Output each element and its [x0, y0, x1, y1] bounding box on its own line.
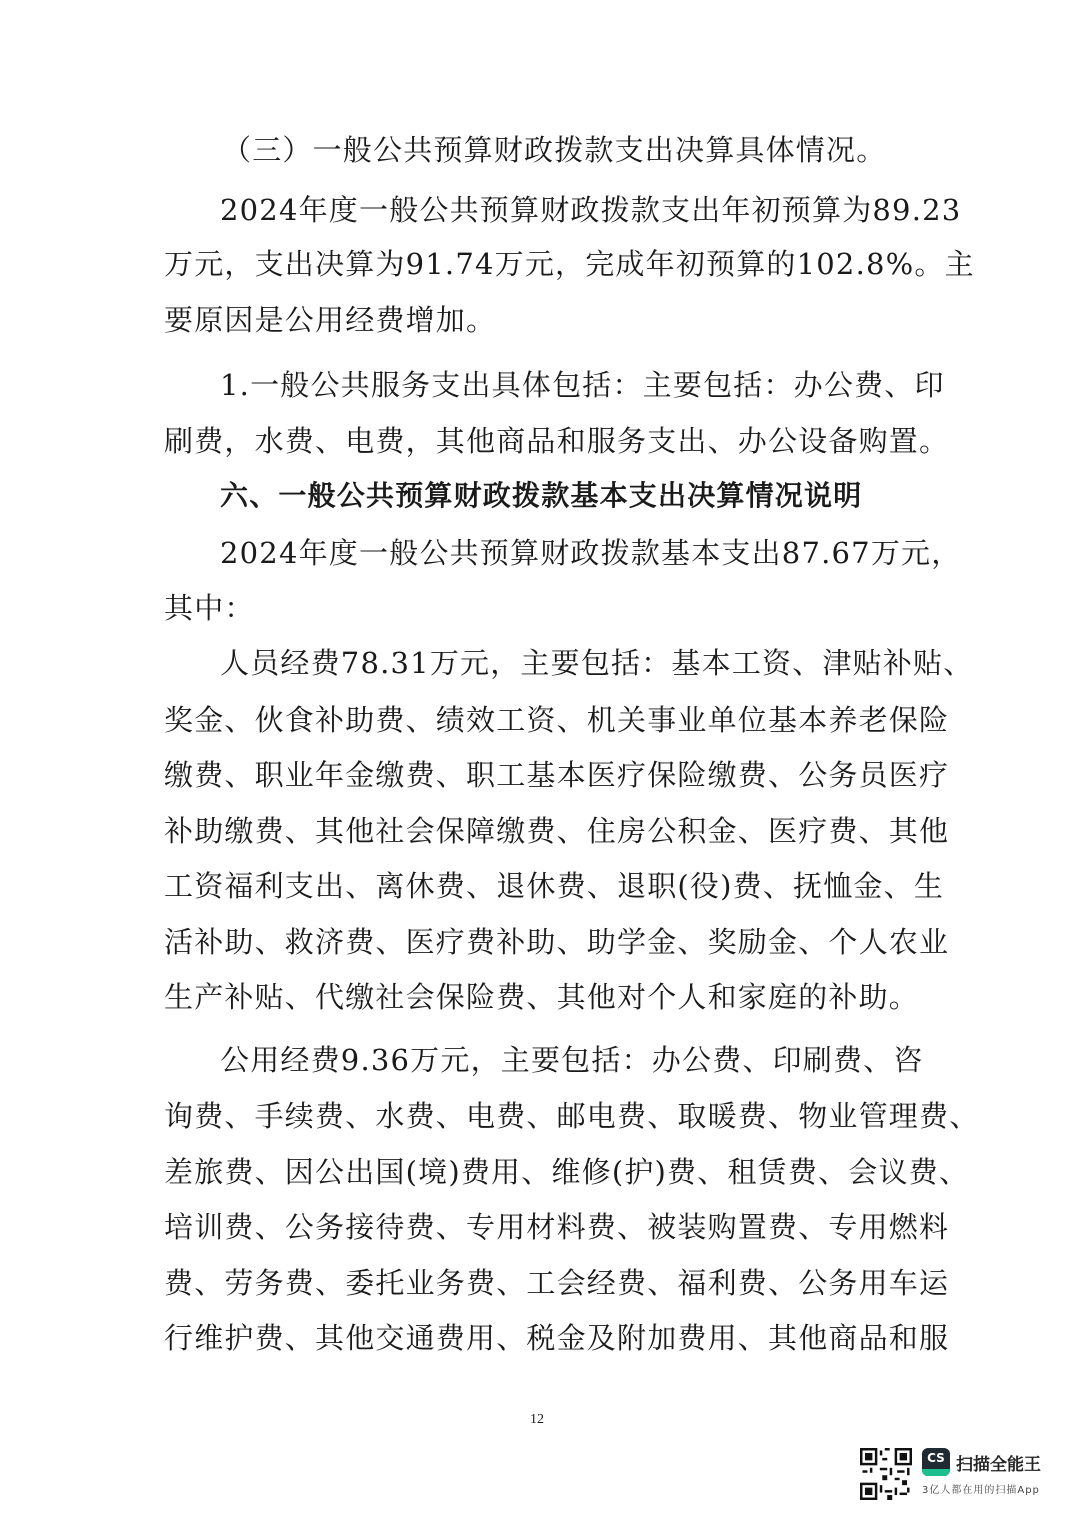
text-line: 生产补贴、代缴社会保险费、其他对个人和家庭的补助。 — [164, 977, 912, 1017]
text-line: 其中： — [164, 588, 912, 628]
text-line: 万元，支出决算为91.74万元，完成年初预算的102.8%。主 — [164, 244, 912, 284]
text-line: 奖金、伙食补助费、绩效工资、机关事业单位基本养老保险 — [164, 700, 912, 740]
camscanner-logo-icon: CS — [922, 1448, 950, 1476]
brand-tagline: 3亿人都在用的扫描App — [922, 1481, 1040, 1496]
text-line: 1.一般公共服务支出具体包括：主要包括：办公费、印 — [220, 365, 912, 405]
text-line: 刷费，水费、电费，其他商品和服务支出、办公设备购置。 — [164, 421, 912, 461]
text-line: 行维护费、其他交通费用、税金及附加费用、其他商品和服 — [164, 1318, 912, 1358]
brand-name: 扫描全能王 — [956, 1450, 1041, 1475]
text-line: 补助缴费、其他社会保障缴费、住房公积金、医疗费、其他 — [164, 811, 912, 851]
text-line: 公用经费9.36万元，主要包括：办公费、印刷费、咨 — [220, 1040, 912, 1080]
section-heading: 六、一般公共预算财政拨款基本支出决算情况说明 — [220, 476, 912, 516]
camscanner-watermark: CS 扫描全能王 3亿人都在用的扫描App — [860, 1448, 1060, 1504]
document-page: （三）一般公共预算财政拨款支出决算具体情况。2024年度一般公共预算财政拨款支出… — [0, 0, 1074, 1520]
qr-code-icon — [860, 1448, 912, 1500]
text-line: 2024年度一般公共预算财政拨款支出年初预算为89.23 — [220, 190, 912, 230]
page-number: 12 — [0, 1412, 1074, 1428]
text-line: 活补助、救济费、医疗费补助、助学金、奖励金、个人农业 — [164, 922, 912, 962]
text-line: 询费、手续费、水费、电费、邮电费、取暖费、物业管理费、 — [164, 1096, 912, 1136]
text-line: 2024年度一般公共预算财政拨款基本支出87.67万元， — [220, 533, 912, 573]
text-line: 人员经费78.31万元，主要包括：基本工资、津贴补贴、 — [220, 643, 912, 683]
text-line: 费、劳务费、委托业务费、工会经费、福利费、公务用车运 — [164, 1263, 912, 1303]
text-line: 缴费、职业年金缴费、职工基本医疗保险缴费、公务员医疗 — [164, 755, 912, 795]
text-line: 差旅费、因公出国(境)费用、维修(护)费、租赁费、会议费、 — [164, 1152, 912, 1192]
text-line: （三）一般公共预算财政拨款支出决算具体情况。 — [222, 130, 912, 170]
logo-accent-bar — [922, 1469, 950, 1476]
text-line: 要原因是公用经费增加。 — [164, 300, 912, 340]
text-line: 工资福利支出、离休费、退休费、退职(役)费、抚恤金、生 — [164, 866, 912, 906]
text-line: 培训费、公务接待费、专用材料费、被装购置费、专用燃料 — [164, 1207, 912, 1247]
logo-text: CS — [922, 1451, 950, 1465]
